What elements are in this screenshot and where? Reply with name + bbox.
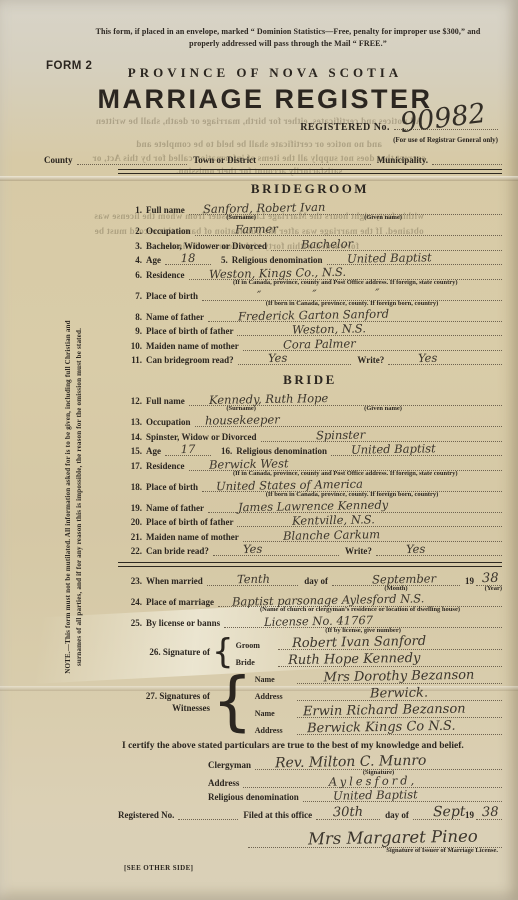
witness-name-row: Name Erwin Richard Bezanson — [255, 705, 502, 718]
denomination-label: Religious denomination — [208, 792, 299, 802]
bride-signature-row: Bride Ruth Hope Kennedy — [236, 654, 502, 667]
field-line: Baptist parsonage Aylesford N.S. (Name o… — [218, 595, 502, 607]
field-line: Frederick Garton Sanford — [208, 310, 502, 322]
witness-address: Berwick Kings Co N.S. — [307, 718, 456, 736]
field-line: United Baptist — [303, 790, 502, 802]
registered-line — [178, 808, 238, 820]
field-place-of-marriage: 24. Place of marriage Baptist parsonage … — [118, 595, 502, 607]
day-of-label: day of — [304, 576, 328, 586]
surname-caption: (Surname) — [226, 214, 256, 221]
marriage-register-document: All notices and certificates, either for… — [0, 0, 518, 900]
field-line: Berwick West (If in Canada, province, co… — [189, 459, 503, 471]
field-label: Name of father — [146, 312, 204, 322]
jurisdiction-row: County Town or District Municipality. — [44, 153, 502, 165]
field-caption: (If born in Canada, province, county. If… — [266, 491, 439, 498]
field-number: 9. — [118, 326, 142, 336]
field-witness-signatures: 27. Signatures of Witnesses { Name Mrs D… — [118, 671, 502, 735]
field-groom-father-birthplace: 9. Place of birth of father Weston, N.S. — [118, 324, 502, 336]
field-label: Age — [146, 255, 161, 265]
field-number: 12. — [118, 396, 142, 406]
field-number: 8. — [118, 312, 142, 322]
field-label: Maiden name of mother — [146, 532, 239, 542]
field-number: 2. — [118, 226, 142, 236]
clergyman-signature: Rev. Milton C. Munro — [275, 752, 427, 771]
field-label: 27. Signatures of Witnesses — [118, 691, 210, 714]
field-bride-mother: 21. Maiden name of mother Blanche Carkum — [118, 530, 502, 542]
field-number: 1. — [118, 205, 142, 215]
field-number: 15. — [118, 446, 142, 456]
field-line: License No. 41767 (If by license, give n… — [224, 616, 502, 628]
signature-line: Berwick. — [297, 688, 502, 701]
issuer-signature: Mrs Margaret Pineo — [308, 826, 478, 848]
month-line: Sept — [413, 808, 460, 820]
day-of-label: day of — [385, 810, 409, 820]
field-number: 23. — [118, 576, 142, 586]
field-line: Yes — [238, 353, 352, 365]
witness-signature: Mrs Dorothy Bezanson — [324, 667, 475, 685]
month-line: September (Month) — [332, 574, 460, 586]
field-groom-mother: 10. Maiden name of mother Cora Palmer — [118, 339, 502, 351]
field-bride-birthplace: 18. Place of birth United States of Amer… — [118, 480, 502, 492]
field-caption: (Name of church or clergyman’s residence… — [260, 606, 460, 613]
handwritten-value: United Baptist — [346, 250, 431, 265]
field-clergyman: Clergyman Rev. Milton C. Munro (Signatur… — [118, 755, 502, 770]
field-groom-status: 3. Bachelor, Widower or Divorced Bachelo… — [118, 239, 502, 251]
field-bride-residence: 17. Residence Berwick West (If in Canada… — [118, 459, 502, 471]
municipality-line — [432, 153, 502, 165]
field-label: Place of birth — [146, 291, 198, 301]
handwritten-value: 38 — [482, 805, 499, 820]
field-label: Religious denomination — [232, 255, 323, 265]
registered-label: Registered No. — [118, 810, 174, 820]
given-name-caption: (Given name) — [364, 214, 402, 221]
mail-notice-line: This form, if placed in an envelope, mar… — [78, 26, 498, 38]
groom-label: Groom — [236, 641, 274, 650]
field-label: Can bride read? — [146, 546, 209, 556]
field-filing: Registered No. Filed at this office 30th… — [118, 808, 502, 820]
witness-address: Berwick. — [370, 685, 428, 701]
province-title: PROVINCE OF NOVA SCOTIA — [28, 65, 502, 81]
year-line: 38 — [476, 808, 502, 820]
field-groom-full-name: 1. Full name Sanford, Robert Ivan (Surna… — [118, 203, 502, 215]
handwritten-value: Tenth — [237, 572, 270, 587]
field-clergyman-denomination: Religious denomination United Baptist — [118, 790, 502, 802]
field-number: 4. — [118, 255, 142, 265]
field-clergyman-address: Address Aylesford, — [118, 776, 502, 788]
field-label: Can bridegroom read? — [146, 355, 234, 365]
field-number: 13. — [118, 417, 142, 427]
county-line — [77, 153, 188, 165]
field-caption: (If in Canada, province, county and Post… — [233, 279, 458, 286]
field-label: Religious denomination — [236, 446, 327, 456]
divider-rule — [118, 169, 502, 174]
handwritten-value: Cora Palmer — [283, 336, 356, 351]
field-bride-occupation: 13. Occupation housekeeper — [118, 415, 502, 427]
field-number: 7. — [118, 291, 142, 301]
handwritten-value: Aylesford, — [328, 773, 417, 789]
field-label: Place of birth of father — [146, 517, 233, 527]
handwritten-value: Farmer — [234, 222, 277, 237]
field-label: Spinster, Widow or Divorced — [146, 432, 257, 442]
handwritten-value: housekeeper — [204, 412, 279, 427]
field-number: 10. — [118, 341, 142, 351]
town-label: Town or District — [193, 155, 256, 165]
handwritten-value: 30th — [333, 805, 363, 821]
handwritten-value: Yes — [406, 542, 426, 556]
handwritten-value: Sanford, Robert Ivan — [203, 200, 326, 216]
field-caption: (If born in Canada, province, county. If… — [266, 300, 439, 307]
field-bride-father-birthplace: 20. Place of birth of father Kentville, … — [118, 515, 502, 527]
field-line: Yes — [213, 544, 339, 556]
field-number: 20. — [118, 517, 142, 527]
field-label: Maiden name of mother — [146, 341, 239, 351]
field-label: Occupation — [146, 417, 191, 427]
write-label: Write? — [345, 546, 372, 556]
field-number: 25. — [118, 618, 142, 628]
field-number: 18. — [118, 482, 142, 492]
signature-line: Berwick Kings Co N.S. — [297, 722, 502, 735]
field-number: 19. — [118, 503, 142, 513]
handwritten-value: United Baptist — [351, 441, 436, 456]
handwritten-value: United Baptist — [333, 787, 418, 802]
year-prefix: 19 — [465, 810, 474, 820]
field-label: Name of father — [146, 503, 204, 513]
handwritten-value: Yes — [268, 351, 288, 365]
handwritten-value: Yes — [243, 542, 263, 556]
field-line: Blanche Carkum — [243, 530, 502, 542]
field-line: 17 — [165, 444, 211, 456]
day-line: Tenth — [207, 574, 298, 586]
registered-no-block: REGISTERED No. 90982 (For use of Registr… — [268, 117, 498, 147]
field-number: 26. — [149, 647, 160, 657]
field-number: 6. — [118, 270, 142, 280]
field-label: Place of birth of father — [146, 326, 233, 336]
issuer-caption: Signature of Issuer of Marriage License. — [386, 847, 498, 854]
field-bride-full-name: 12. Full name Kennedy, Ruth Hope (Surnam… — [118, 394, 502, 406]
address-label: Address — [208, 778, 239, 788]
field-label: Full name — [146, 205, 185, 215]
divider-rule — [118, 562, 502, 567]
field-groom-birthplace: 7. Place of birth ″ ″ ″ (If born in Cana… — [118, 289, 502, 301]
town-line — [260, 153, 371, 165]
field-label: Occupation — [146, 226, 191, 236]
handwritten-value: Bachelor — [301, 236, 353, 251]
day-line: 30th — [316, 808, 380, 820]
handwritten-value: Frederick Garton Sanford — [238, 306, 389, 323]
field-couple-signatures: 26. Signature of { Groom Robert Ivan San… — [118, 637, 502, 668]
field-line: James Lawrence Kennedy — [208, 501, 502, 513]
registrar-general-note: (For use of Registrar General only) — [268, 136, 498, 144]
bride-signature: Ruth Hope Kennedy — [288, 651, 421, 668]
field-line: housekeeper — [195, 415, 502, 427]
field-number: 24. — [118, 597, 142, 607]
signature-line: Mrs Dorothy Bezanson — [297, 671, 502, 684]
field-label: Residence — [146, 270, 185, 280]
field-license-or-banns: 25. By license or banns License No. 4176… — [118, 616, 502, 628]
signature-line: Robert Ivan Sanford — [278, 637, 502, 650]
handwritten-value: James Lawrence Kennedy — [238, 497, 388, 514]
handwritten-value: Yes — [418, 351, 438, 365]
bride-heading: BRIDE — [118, 372, 502, 388]
field-groom-age-religion: 4. Age 18 5. Religious denomination Unit… — [118, 253, 502, 265]
field-number: 16. — [221, 446, 232, 456]
field-bride-read-write: 22. Can bride read? Yes Write? Yes — [118, 544, 502, 556]
handwritten-value: 18 — [181, 251, 196, 265]
field-label: 26. Signature of — [118, 647, 210, 658]
year-line: 38 (Year) — [476, 574, 502, 586]
municipality-label: Municipality. — [377, 155, 428, 165]
certification-statement: I certify the above stated particulars a… — [122, 741, 502, 751]
field-number: 17. — [118, 461, 142, 471]
issuer-signature-block: Mrs Margaret Pineo Signature of Issuer o… — [248, 823, 502, 848]
signature-line: Erwin Richard Bezanson — [297, 705, 502, 718]
signature-line: Rev. Milton C. Munro (Signature) — [255, 755, 502, 770]
field-line: Kennedy, Ruth Hope (Surname) (Given name… — [189, 394, 502, 406]
field-line: United States of America (If born in Can… — [202, 480, 502, 492]
field-line: Weston, N.S. — [237, 324, 502, 336]
handwritten-value: Spinster — [315, 427, 364, 442]
name-label: Name — [255, 709, 293, 718]
field-number: 14. — [118, 432, 142, 442]
witness-address-row: Address Berwick. — [255, 688, 502, 701]
county-label: County — [44, 155, 73, 165]
year-prefix: 19 — [465, 576, 474, 586]
groom-signature-row: Groom Robert Ivan Sanford — [236, 637, 502, 650]
bridegroom-heading: BRIDEGROOM — [118, 181, 502, 197]
field-bride-father: 19. Name of father James Lawrence Kenned… — [118, 501, 502, 513]
address-label: Address — [255, 726, 293, 735]
year-caption: (Year) — [485, 585, 502, 592]
field-line: United Baptist — [331, 444, 502, 456]
brace-glyph: { — [212, 674, 253, 732]
field-line: Spinster — [261, 430, 502, 442]
field-label: Age — [146, 446, 161, 456]
handwritten-value: Blanche Carkum — [283, 527, 380, 543]
field-line: Farmer — [195, 224, 502, 236]
field-number: 11. — [118, 355, 142, 365]
field-caption: (If by license, give number) — [325, 627, 401, 634]
field-label: Place of birth — [146, 482, 198, 492]
field-line: 18 — [165, 253, 211, 265]
field-line: Sanford, Robert Ivan (Surname) (Given na… — [189, 203, 502, 215]
field-number: 3. — [118, 241, 142, 251]
filed-label: Filed at this office — [243, 810, 312, 820]
field-when-married: 23. When married Tenth day of September … — [118, 574, 502, 586]
signature-of-label: Signature of — [163, 647, 210, 657]
write-label: Write? — [357, 355, 384, 365]
field-groom-residence: 6. Residence Weston, Kings Co., N.S. (If… — [118, 268, 502, 280]
field-line: Yes — [388, 353, 502, 365]
field-number: 22. — [118, 546, 142, 556]
field-caption: (If in Canada, province, county and Post… — [233, 470, 458, 477]
field-label: Bachelor, Widower or Divorced — [146, 241, 267, 251]
field-line: Kentville, N.S. — [237, 515, 502, 527]
name-label: Name — [255, 675, 293, 684]
field-line: Weston, Kings Co., N.S. (If in Canada, p… — [189, 268, 503, 280]
handwritten-value: Sept — [433, 804, 466, 821]
handwritten-value: Weston, N.S. — [292, 321, 366, 336]
registered-no-label: REGISTERED No. — [300, 122, 390, 133]
given-name-caption: (Given name) — [364, 405, 402, 412]
witnesses-label-line: 27. Signatures of — [118, 691, 210, 702]
field-bride-status: 14. Spinster, Widow or Divorced Spinster — [118, 430, 502, 442]
field-line: United Baptist — [327, 253, 502, 265]
handwritten-value: Kentville, N.S. — [292, 512, 375, 527]
field-groom-father: 8. Name of father Frederick Garton Sanfo… — [118, 310, 502, 322]
witnesses-label-line: Witnesses — [118, 703, 210, 714]
witness-signature: Erwin Richard Bezanson — [303, 701, 466, 719]
field-groom-read-write: 11. Can bridegroom read? Yes Write? Yes — [118, 353, 502, 365]
field-line: Aylesford, — [243, 776, 502, 788]
field-label: Full name — [146, 396, 185, 406]
field-line: Yes — [376, 544, 502, 556]
address-label: Address — [255, 692, 293, 701]
clergyman-label: Clergyman — [208, 760, 251, 770]
signature-line: Ruth Hope Kennedy — [278, 654, 502, 667]
see-other-side-note: [SEE OTHER SIDE] — [124, 864, 502, 872]
registered-no-line: 90982 — [394, 117, 498, 130]
groom-signature: Robert Ivan Sanford — [292, 634, 426, 651]
handwritten-value: 38 — [482, 571, 499, 586]
brace-glyph: { — [212, 637, 234, 668]
field-label: Residence — [146, 461, 185, 471]
field-line: Bachelor — [271, 239, 502, 251]
handwritten-value: 17 — [181, 442, 196, 456]
mail-notice: This form, if placed in an envelope, mar… — [78, 26, 498, 50]
field-number: 5. — [221, 255, 228, 265]
field-line: ″ ″ ″ (If born in Canada, province, coun… — [202, 289, 502, 301]
field-groom-occupation: 2. Occupation Farmer — [118, 224, 502, 236]
surname-caption: (Surname) — [226, 405, 256, 412]
field-bride-age-religion: 15. Age 17 16. Religious denomination Un… — [118, 444, 502, 456]
witness-name-row: Name Mrs Dorothy Bezanson — [255, 671, 502, 684]
field-label: By license or banns — [146, 618, 220, 628]
field-number: 21. — [118, 532, 142, 542]
witness-address-row: Address Berwick Kings Co N.S. — [255, 722, 502, 735]
mail-notice-line: properly addressed will pass through the… — [78, 38, 498, 50]
field-label: Place of marriage — [146, 597, 214, 607]
field-label: When married — [146, 576, 203, 586]
field-line: Cora Palmer — [243, 339, 502, 351]
